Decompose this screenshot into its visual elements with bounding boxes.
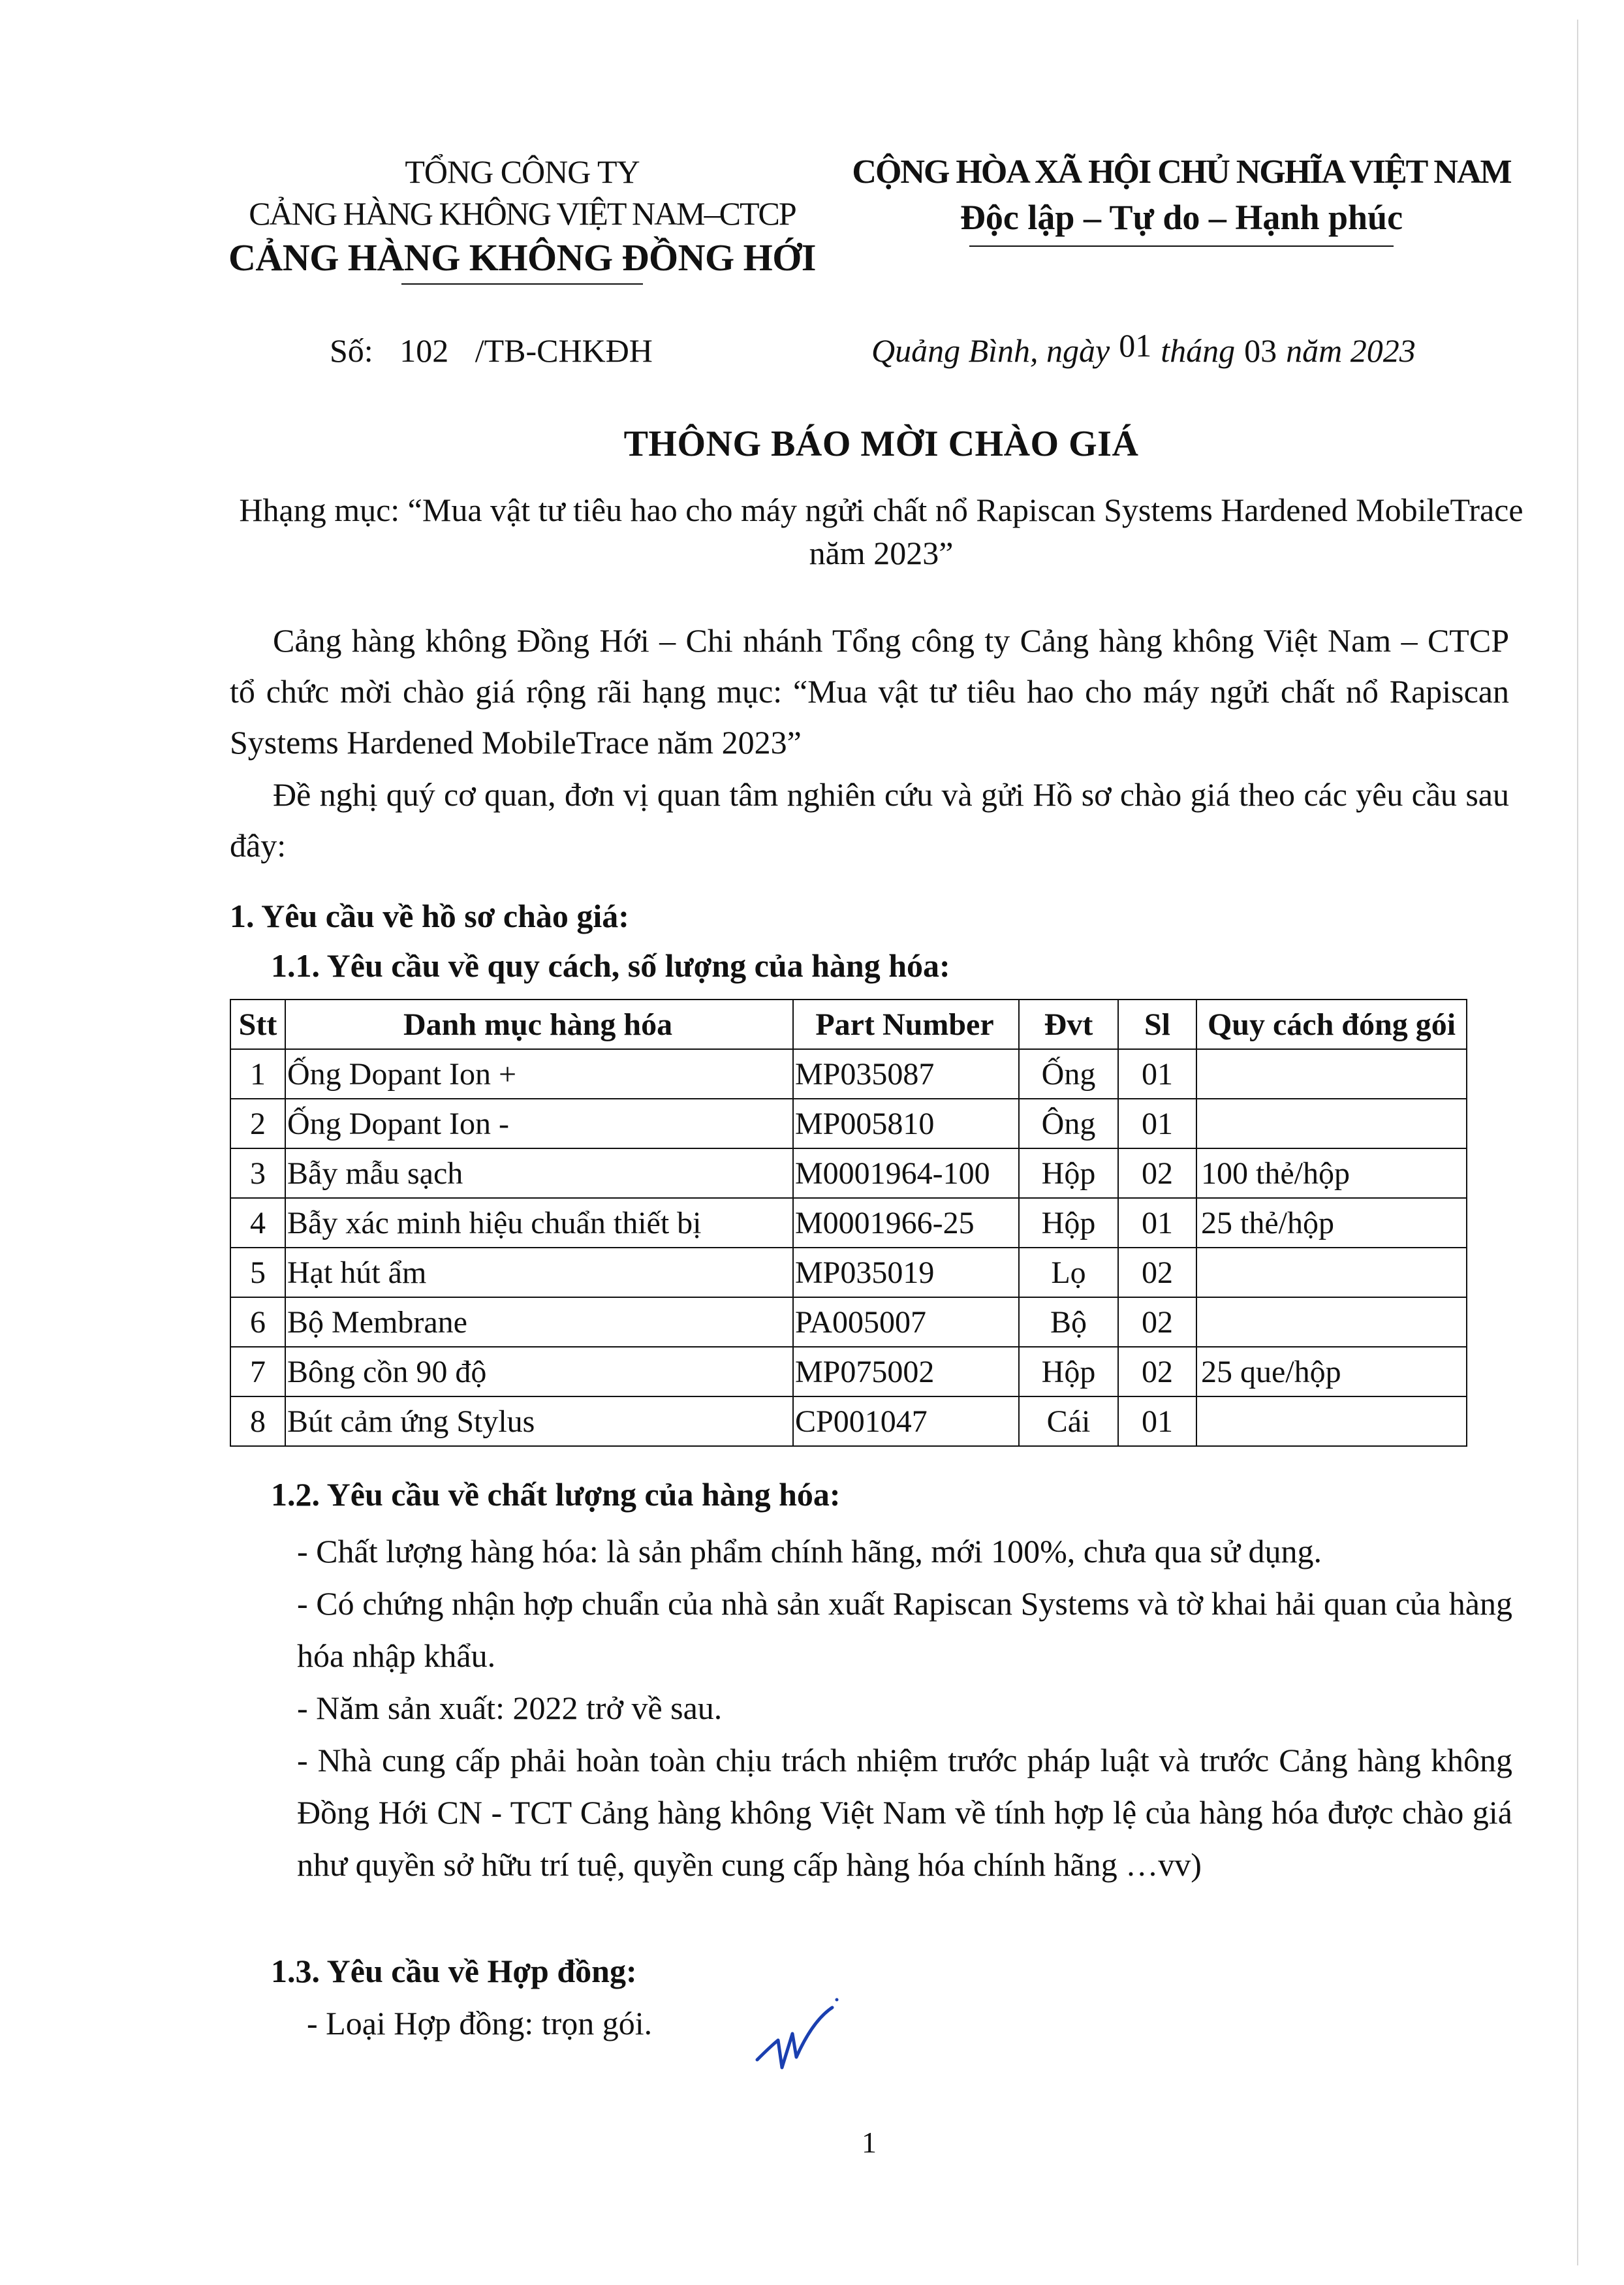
cell-part-number: M0001966-25 — [793, 1198, 1019, 1248]
table-row: 3Bẫy mẫu sạchM0001964-100Hộp02100 thẻ/hộ… — [230, 1148, 1467, 1198]
section-1-1-heading: 1.1. Yêu cầu về quy cách, số lượng của h… — [271, 947, 950, 985]
date-year: năm 2023 — [1286, 332, 1416, 369]
quality-requirements: - Chất lượng hàng hóa: là sản phẩm chính… — [297, 1525, 1512, 1891]
cell-packing: 25 thẻ/hộp — [1196, 1198, 1467, 1248]
cell-packing — [1196, 1396, 1467, 1446]
table-header-row: Stt Danh mục hàng hóa Part Number Đvt Sl… — [230, 1000, 1467, 1049]
date-day: 01 — [1119, 327, 1151, 364]
table-row: 6Bộ MembranePA005007Bộ02 — [230, 1297, 1467, 1347]
cell-qty: 02 — [1118, 1248, 1196, 1297]
number-label: Số: — [330, 332, 373, 369]
table-row: 4Bẫy xác minh hiệu chuẩn thiết bịM000196… — [230, 1198, 1467, 1248]
cell-unit: Hộp — [1019, 1198, 1118, 1248]
cell-stt: 7 — [230, 1347, 285, 1396]
cell-part-number: PA005007 — [793, 1297, 1019, 1347]
cell-packing: 100 thẻ/hộp — [1196, 1148, 1467, 1198]
cell-part-number: MP005810 — [793, 1099, 1019, 1148]
quality-item: - Năm sản xuất: 2022 trở về sau. — [297, 1682, 1512, 1734]
cell-name: Bút cảm ứng Stylus — [285, 1396, 793, 1446]
cell-name: Bộ Membrane — [285, 1297, 793, 1347]
cell-unit: Cái — [1019, 1396, 1118, 1446]
date-month-label: tháng — [1161, 332, 1235, 369]
cell-qty: 01 — [1118, 1396, 1196, 1446]
cell-stt: 4 — [230, 1198, 285, 1248]
date-place: Quảng Bình, ngày — [871, 332, 1110, 369]
airport-name: CẢNG HÀNG KHÔNG ĐỒNG HỚI — [196, 239, 849, 277]
cell-unit: Bộ — [1019, 1297, 1118, 1347]
col-stt: Stt — [230, 1000, 285, 1049]
cell-name: Bẫy mẫu sạch — [285, 1148, 793, 1198]
number-value: 102 — [399, 332, 448, 369]
cell-stt: 6 — [230, 1297, 285, 1347]
cell-part-number: MP035019 — [793, 1248, 1019, 1297]
cell-part-number: MP075002 — [793, 1347, 1019, 1396]
request-text: Đề nghị quý cơ quan, đơn vị quan tâm ngh… — [230, 776, 1509, 864]
cell-unit: Lọ — [1019, 1248, 1118, 1297]
motto-underline — [969, 245, 1394, 247]
section-1-2-heading: 1.2. Yêu cầu về chất lượng của hàng hóa: — [271, 1475, 841, 1513]
table-row: 1Ống Dopant Ion +MP035087Ống01 — [230, 1049, 1467, 1099]
goods-table: Stt Danh mục hàng hóa Part Number Đvt Sl… — [230, 999, 1467, 1447]
cell-name: Ống Dopant Ion - — [285, 1099, 793, 1148]
cell-unit: Ống — [1019, 1049, 1118, 1099]
cell-packing — [1196, 1297, 1467, 1347]
initial-signature-icon — [751, 1994, 842, 2073]
national-motto: Độc lập – Tự do – Hạnh phúc — [829, 200, 1534, 235]
cell-qty: 02 — [1118, 1148, 1196, 1198]
intro-text: Cảng hàng không Đồng Hới – Chi nhánh Tổn… — [230, 622, 1509, 761]
document-subject: Hhạng mục: “Mua vật tư tiêu hao cho máy … — [209, 488, 1554, 575]
col-qty: Sl — [1118, 1000, 1196, 1049]
intro-paragraph: Cảng hàng không Đồng Hới – Chi nhánh Tổn… — [230, 615, 1509, 768]
cell-qty: 01 — [1118, 1198, 1196, 1248]
parent-company: TỔNG CÔNG TY — [196, 155, 849, 188]
col-part-number: Part Number — [793, 1000, 1019, 1049]
cell-stt: 5 — [230, 1248, 285, 1297]
cell-qty: 01 — [1118, 1099, 1196, 1148]
country-name: CỘNG HÒA XÃ HỘI CHỦ NGHĨA VIỆT NAM — [829, 155, 1534, 189]
document-number: Số: 102 /TB-CHKĐH — [330, 332, 671, 370]
corporation-name: CẢNG HÀNG KHÔNG VIỆT NAM–CTCP — [196, 197, 849, 230]
document-date: Quảng Bình, ngày01tháng03năm 2023 — [871, 332, 1416, 370]
cell-name: Hạt hút ẩm — [285, 1248, 793, 1297]
cell-packing: 25 que/hộp — [1196, 1347, 1467, 1396]
quality-item: - Chất lượng hàng hóa: là sản phẩm chính… — [297, 1525, 1512, 1577]
cell-stt: 8 — [230, 1396, 285, 1446]
issuer-header: TỔNG CÔNG TY CẢNG HÀNG KHÔNG VIỆT NAM–CT… — [196, 155, 849, 285]
document-title: THÔNG BÁO MỜI CHÀO GIÁ — [196, 423, 1567, 465]
cell-packing — [1196, 1049, 1467, 1099]
col-unit: Đvt — [1019, 1000, 1118, 1049]
header-underline — [401, 283, 643, 285]
section-1-3-heading: 1.3. Yêu cầu về Hợp đồng: — [271, 1952, 637, 1990]
cell-name: Bẫy xác minh hiệu chuẩn thiết bị — [285, 1198, 793, 1248]
col-packing: Quy cách đóng gói — [1196, 1000, 1467, 1049]
table-row: 8Bút cảm ứng StylusCP001047Cái01 — [230, 1396, 1467, 1446]
cell-unit: Hộp — [1019, 1347, 1118, 1396]
number-suffix: /TB-CHKĐH — [475, 332, 653, 369]
national-header: CỘNG HÒA XÃ HỘI CHỦ NGHĨA VIỆT NAM Độc l… — [829, 155, 1534, 247]
section-1-heading: 1. Yêu cầu về hồ sơ chào giá: — [230, 897, 629, 935]
request-paragraph: Đề nghị quý cơ quan, đơn vị quan tâm ngh… — [230, 769, 1509, 871]
quality-item: - Có chứng nhận hợp chuẩn của nhà sản xu… — [297, 1577, 1512, 1682]
cell-qty: 02 — [1118, 1347, 1196, 1396]
cell-qty: 01 — [1118, 1049, 1196, 1099]
cell-qty: 02 — [1118, 1297, 1196, 1347]
cell-name: Bông cồn 90 độ — [285, 1347, 793, 1396]
date-month: 03 — [1244, 332, 1277, 369]
table-row: 5Hạt hút ẩmMP035019Lọ02 — [230, 1248, 1467, 1297]
cell-unit: Ông — [1019, 1099, 1118, 1148]
quality-item: - Nhà cung cấp phải hoàn toàn chịu trách… — [297, 1734, 1512, 1891]
cell-packing — [1196, 1099, 1467, 1148]
cell-part-number: MP035087 — [793, 1049, 1019, 1099]
table-row: 2Ống Dopant Ion -MP005810Ông01 — [230, 1099, 1467, 1148]
page-number: 1 — [862, 2125, 877, 2160]
table-row: 7Bông cồn 90 độMP075002Hộp0225 que/hộp — [230, 1347, 1467, 1396]
cell-part-number: M0001964-100 — [793, 1148, 1019, 1198]
cell-packing — [1196, 1248, 1467, 1297]
cell-part-number: CP001047 — [793, 1396, 1019, 1446]
scan-edge — [1577, 20, 1578, 2265]
cell-name: Ống Dopant Ion + — [285, 1049, 793, 1099]
col-name: Danh mục hàng hóa — [285, 1000, 793, 1049]
contract-type: - Loại Hợp đồng: trọn gói. — [307, 2004, 652, 2042]
cell-stt: 3 — [230, 1148, 285, 1198]
cell-unit: Hộp — [1019, 1148, 1118, 1198]
cell-stt: 2 — [230, 1099, 285, 1148]
cell-stt: 1 — [230, 1049, 285, 1099]
